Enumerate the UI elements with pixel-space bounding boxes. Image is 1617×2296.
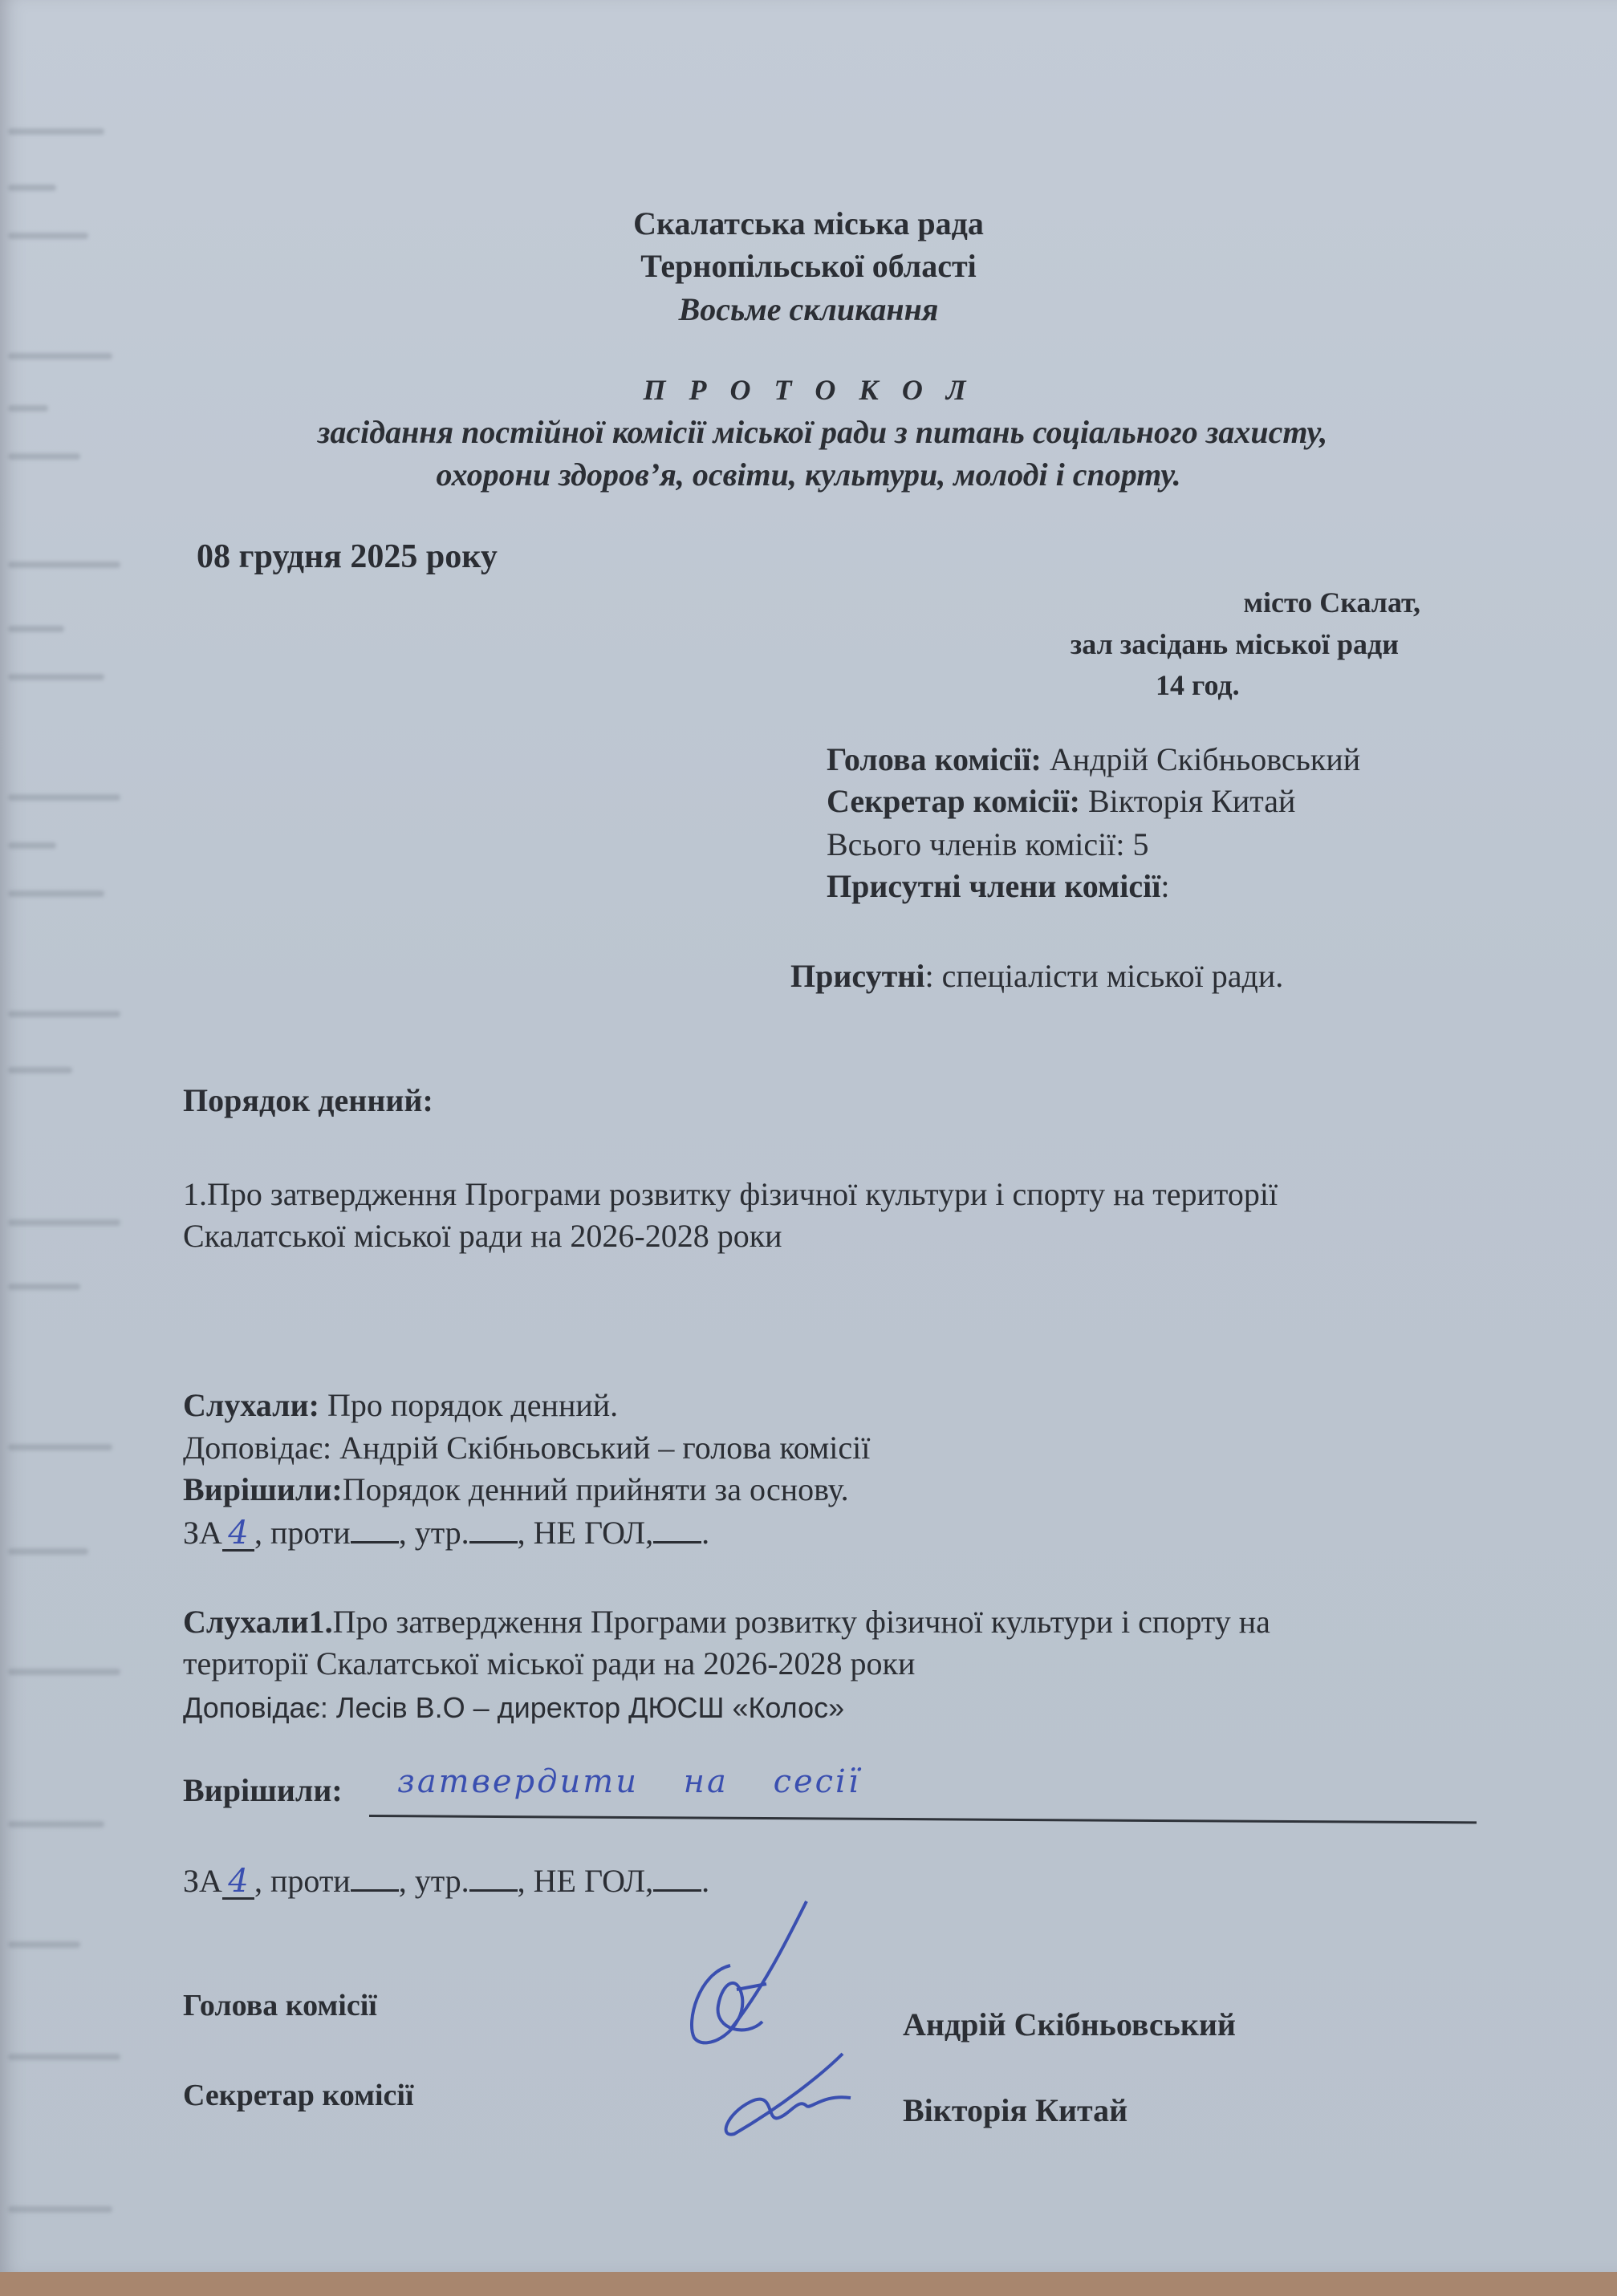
vote-against-value [351, 1541, 399, 1544]
chair-role: Голова комісії [183, 1988, 377, 2023]
bleed-through-text [0, 0, 169, 2246]
heard1-label: Слухали1. [183, 1604, 333, 1640]
secretary-signature-icon [710, 2050, 871, 2138]
agenda-item-1-line2: Скалатської міської ради на 2026-2028 ро… [183, 1215, 782, 1258]
total-members: Всього членів комісії: 5 [827, 823, 1148, 866]
present-members-colon: : [1160, 868, 1169, 904]
agenda-heading: Порядок денний: [183, 1079, 433, 1122]
vote2-against-label: , проти [254, 1863, 351, 1899]
heard-text: Про порядок денний. [319, 1387, 618, 1423]
section2-decided-handwritten: затвердити на сесії [397, 1763, 861, 1800]
vote-not-voted-value [653, 1541, 701, 1544]
chair-line: Голова комісії: Андрій Скібньовський [827, 738, 1360, 781]
decided-label: Вирішили: [183, 1471, 343, 1507]
section2-reporter: Доповідає: Лесів В.О – директор ДЮСШ «Ко… [183, 1691, 844, 1725]
convocation: Восьме скликання [0, 290, 1617, 328]
meeting-date: 08 грудня 2025 року [197, 537, 498, 576]
present-label: Присутні [790, 958, 924, 994]
chair-signature-icon [642, 1901, 851, 2054]
meeting-city: місто Скалат, [1244, 586, 1420, 619]
secretary-name: Вікторія Китай [1080, 783, 1295, 819]
protocol-title: П Р О Т О К О Л [0, 373, 1617, 407]
chair-label: Голова комісії: [827, 741, 1042, 777]
meeting-venue: зал засідань міської ради [1071, 627, 1399, 661]
present-value: : спеціалісти міської ради. [924, 958, 1283, 994]
heard-label: Слухали: [183, 1387, 319, 1423]
vote2-end: . [701, 1863, 709, 1899]
protocol-subtitle-line1: засідання постійної комісії міської ради… [0, 413, 1617, 451]
section1-decision: Вирішили:Порядок денний прийняти за осно… [183, 1468, 849, 1511]
vote2-not-voted-label: , НЕ ГОЛ, [518, 1863, 653, 1899]
decided-text: Порядок денний прийняти за основу. [343, 1471, 849, 1507]
vote2-not-voted-value [653, 1889, 701, 1892]
vote-abstain-value [469, 1541, 518, 1544]
secretary-line: Секретар комісії: Вікторія Китай [827, 780, 1295, 823]
section2-vote: ЗА4, проти, утр., НЕ ГОЛ,. [183, 1860, 709, 1903]
section2-heard-line1: Слухали1.Про затвердження Програми розви… [183, 1600, 1270, 1644]
section2-decided-label: Вирішили: [183, 1769, 343, 1812]
present-members-line: Присутні члени комісії: [827, 865, 1170, 908]
vote2-for-value: 4 [222, 1865, 254, 1900]
section1-vote: ЗА4, проти, утр., НЕ ГОЛ,. [183, 1511, 709, 1555]
secretary-label: Секретар комісії: [827, 783, 1080, 819]
vote-against-label: , проти [254, 1515, 351, 1551]
present-line: Присутні: спеціалісти міської ради. [790, 955, 1283, 998]
chair-name: Андрій Скібньовський [1042, 741, 1360, 777]
vote2-for-label: ЗА [183, 1863, 222, 1899]
vote-not-voted-label: , НЕ ГОЛ, [518, 1515, 653, 1551]
chair-signature-name: Андрій Скібньовський [903, 2006, 1236, 2043]
vote2-abstain-value [469, 1889, 518, 1892]
document-page: Скалатська міська рада Тернопільської об… [0, 0, 1617, 2272]
vote-for-label: ЗА [183, 1515, 222, 1551]
heard1-text: Про затвердження Програми розвитку фізич… [333, 1604, 1270, 1640]
region-name: Тернопільської області [0, 247, 1617, 285]
agenda-item-1-line1: 1.Про затвердження Програми розвитку фіз… [183, 1173, 1278, 1216]
secretary-role: Секретар комісії [183, 2078, 414, 2113]
section1-reporter: Доповідає: Андрій Скібньовський – голова… [183, 1426, 870, 1470]
section1-heard: Слухали: Про порядок денний. [183, 1384, 618, 1427]
vote2-against-value [351, 1889, 399, 1892]
vote-abstain-label: , утр. [399, 1515, 469, 1551]
vote2-abstain-label: , утр. [399, 1863, 469, 1899]
section2-heard-line2: території Скалатської міської ради на 20… [183, 1642, 915, 1685]
protocol-subtitle-line2: охорони здоров’я, освіти, культури, моло… [0, 456, 1617, 493]
meeting-time: 14 год. [1156, 668, 1240, 702]
secretary-signature-name: Вікторія Китай [903, 2091, 1127, 2129]
present-members-label: Присутні члени комісії [827, 868, 1160, 904]
vote-end: . [701, 1515, 709, 1551]
decision-underline [369, 1815, 1477, 1823]
vote-for-value: 4 [222, 1517, 254, 1552]
org-name: Скалатська міська рада [0, 205, 1617, 242]
